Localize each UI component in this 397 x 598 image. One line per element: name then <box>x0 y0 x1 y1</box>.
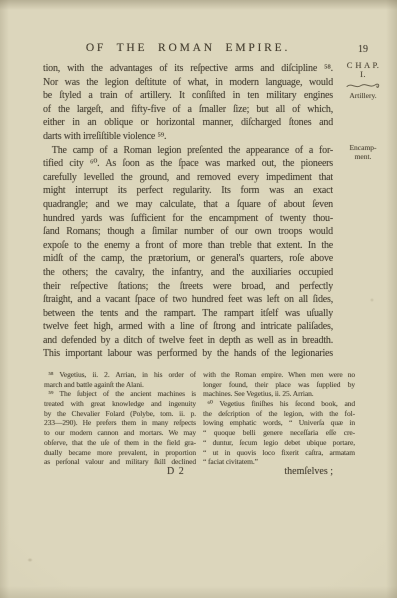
text-line: with the Roman empire. When men were no <box>203 370 355 380</box>
text-line: longer found, their place was ſupplied b… <box>203 380 355 390</box>
text-line: This important labour was performed by t… <box>43 347 333 361</box>
text-line: carefully levelled the ground, and remov… <box>43 171 333 185</box>
text-line: the others; the cavalry, the infantry, a… <box>43 266 333 280</box>
paragraph-1: tion, with the advantages of its reſpect… <box>43 62 333 144</box>
text-line: twelve feet high, armed with a line of ſ… <box>43 320 333 334</box>
text-line: lowing emphatic words, “ Univerſa quæ in <box>203 418 355 428</box>
text-line: machines. See Vegetius, ii. 25. Arrian. <box>203 389 355 399</box>
text-line: “ duntur, ſecum legio debet ubique porta… <box>203 438 355 448</box>
text-line: ⁵⁹ The ſubject of the ancient machines i… <box>44 389 196 399</box>
text-line: ſand Romans; though a ſimilar number of … <box>43 225 333 239</box>
text-line: Nor was the legion deſtitute of what, in… <box>43 76 333 90</box>
text-line: tion, with the advantages of its reſpect… <box>43 62 333 76</box>
signature-mark: D 2 <box>167 466 185 477</box>
text-line: obſerve, that the uſe of them in the fie… <box>44 438 196 448</box>
margin-note-encampment: Encamp- ment. <box>336 144 390 161</box>
body-text: tion, with the advantages of its reſpect… <box>43 62 333 361</box>
chapter-marker: C H A P. I. <box>336 61 390 92</box>
paragraph-2: The camp of a Roman legion preſented the… <box>43 144 333 362</box>
text-line: darts with irreſiſtible violence ⁵⁹. <box>43 130 333 144</box>
text-line: ⁵⁸ Vegetius, ii. 2. Arrian, in his order… <box>44 370 196 380</box>
margin-note-artillery: Artillery. <box>336 91 390 100</box>
text-line: either in an oblique or horizontal manne… <box>43 116 333 130</box>
book-page: OF THE ROMAN EMPIRE. 19 C H A P. I. Arti… <box>0 0 397 598</box>
page-footer: D 2 themſelves ; <box>43 466 333 480</box>
footnote-column-right: with the Roman empire. When men were nol… <box>203 370 355 467</box>
text-line: treated with great knowledge and ingenui… <box>44 399 196 409</box>
text-line: “ ut in quovis loco fixerit caſtra, arma… <box>203 448 355 458</box>
text-line: their reſpective ſtations; the ſtreets w… <box>43 280 333 294</box>
text-line: expoſe to the enemy a front of more than… <box>43 239 333 253</box>
text-line: of the largeſt, and fifty-five of a ſmal… <box>43 103 333 117</box>
page-number: 19 <box>341 44 385 55</box>
text-line: tified city ⁶⁰. As ſoon as the ſpace was… <box>43 157 333 171</box>
text-line: midſt of the camp, the prætorium, or gen… <box>43 252 333 266</box>
text-line: might interrupt its perfect regularity. … <box>43 184 333 198</box>
catchword: themſelves ; <box>284 466 333 477</box>
text-line: “ quoque belli genere neceſſaria eſſe cr… <box>203 428 355 438</box>
text-line: 233—290). He prefers them in many reſpec… <box>44 418 196 428</box>
text-line: be ſtyled a train of artillery. It conſi… <box>43 89 333 103</box>
text-line: The camp of a Roman legion preſented the… <box>43 144 333 158</box>
text-line: quadrangle; and we may calculate, that a… <box>43 198 333 212</box>
text-line: ⁶⁰ Vegetius finiſhes his ſecond book, an… <box>203 399 355 409</box>
text-line: dually became more prevalent, in proport… <box>44 448 196 458</box>
text-line: by the Chevalier Folard (Polybe, tom. ii… <box>44 409 196 419</box>
text-line: march and battle againſt the Alani. <box>44 380 196 390</box>
running-head: OF THE ROMAN EMPIRE. <box>43 42 333 54</box>
text-line: and defended by a ditch of twelve feet i… <box>43 334 333 348</box>
text-line: between the tents and the rampart. The r… <box>43 307 333 321</box>
text-line: ſtraight, and a vacant ſpace of two hund… <box>43 293 333 307</box>
text-line: to our modern cannon and mortars. We may <box>44 428 196 438</box>
chapter-number: I. <box>336 70 390 79</box>
text-line: hundred yards was ſufficient for the enc… <box>43 212 333 226</box>
margin-note-encampment-line2: ment. <box>336 153 390 162</box>
footnote-column-left: ⁵⁸ Vegetius, ii. 2. Arrian, in his order… <box>44 370 196 467</box>
text-line: the deſcription of the legion, with the … <box>203 409 355 419</box>
